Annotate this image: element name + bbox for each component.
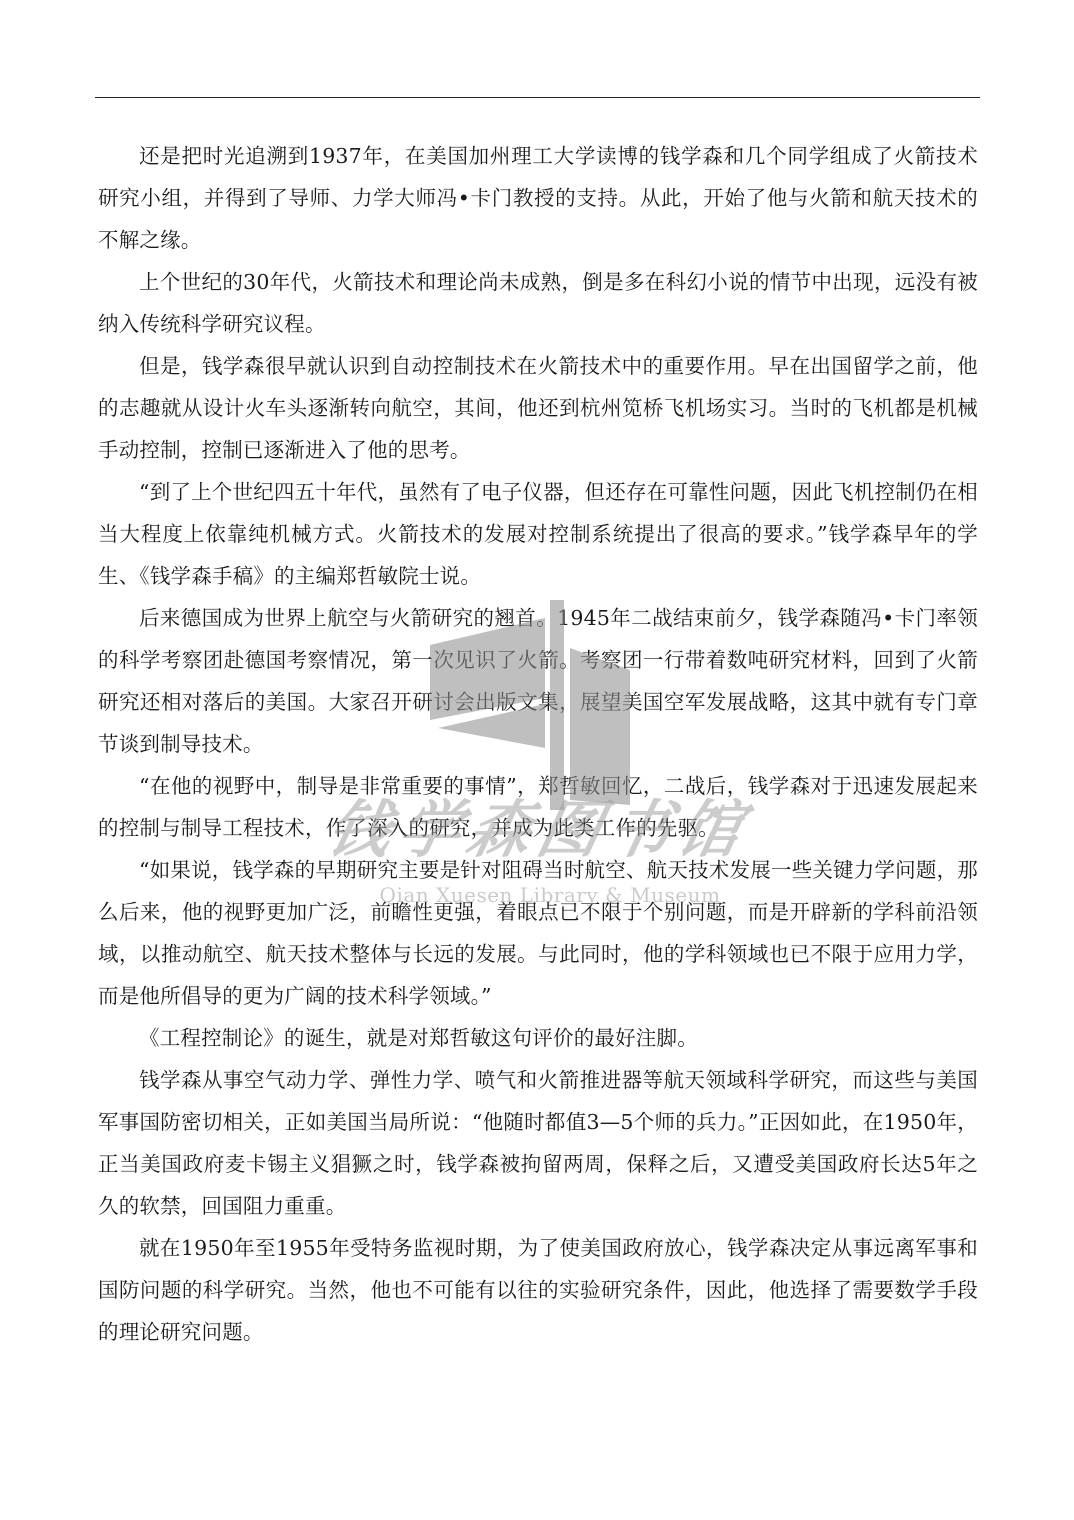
paragraph-5: 后来德国成为世界上航空与火箭研究的翘首。1945年二战结束前夕，钱学森随冯•卡门… [98,597,978,765]
paragraph-7: “如果说，钱学森的早期研究主要是针对阻碍当时航空、航天技术发展一些关键力学问题，… [98,849,978,1017]
paragraph-4: “到了上个世纪四五十年代，虽然有了电子仪器，但还存在可靠性问题，因此飞机控制仍在… [98,471,978,597]
paragraph-6: “在他的视野中，制导是非常重要的事情”，郑哲敏回忆，二战后，钱学森对于迅速发展起… [98,765,978,849]
paragraph-1: 还是把时光追溯到1937年，在美国加州理工大学读博的钱学森和几个同学组成了火箭技… [98,135,978,261]
document-body: 还是把时光追溯到1937年，在美国加州理工大学读博的钱学森和几个同学组成了火箭技… [98,135,978,1353]
paragraph-3: 但是，钱学森很早就认识到自动控制技术在火箭技术中的重要作用。早在出国留学之前，他… [98,345,978,471]
header-rule [95,97,980,98]
paragraph-2: 上个世纪的30年代，火箭技术和理论尚未成熟，倒是多在科幻小说的情节中出现，远没有… [98,261,978,345]
paragraph-9: 钱学森从事空气动力学、弹性力学、喷气和火箭推进器等航天领域科学研究，而这些与美国… [98,1059,978,1227]
paragraph-8: 《工程控制论》的诞生，就是对郑哲敏这句评价的最好注脚。 [98,1017,978,1059]
document-page: 还是把时光追溯到1937年，在美国加州理工大学读博的钱学森和几个同学组成了火箭技… [0,0,1074,1520]
paragraph-10: 就在1950年至1955年受特务监视时期，为了使美国政府放心，钱学森决定从事远离… [98,1227,978,1353]
